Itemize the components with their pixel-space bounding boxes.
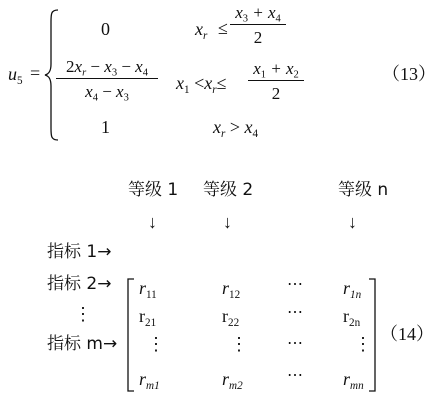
equation-number-13: （13）	[382, 65, 436, 83]
matrix-cell-hdots: ⋯	[287, 368, 303, 384]
column-label-1: 等级 1	[128, 182, 178, 199]
case2-condition-fraction: x1 + x2 2	[248, 60, 304, 102]
matrix-cell: r22	[222, 307, 239, 325]
matrix-cell: r1n	[343, 279, 361, 297]
fraction-numerator: x3 + x4	[230, 4, 286, 21]
column-label-2: 等级 2	[203, 182, 253, 199]
equation-number-14: （14）	[380, 325, 434, 343]
down-arrow-icon: ↓	[148, 213, 157, 231]
case2-value-fraction: 2xr − x3 − x4 x4 − x3	[56, 58, 158, 100]
matrix-cell: rmn	[343, 370, 364, 388]
matrix-cell: r12	[222, 279, 240, 297]
case2-condition: x1 <xr≤	[176, 74, 226, 92]
fraction-denominator: x4 − x3	[56, 83, 158, 100]
matrix-cell-vdots: ⋮	[354, 335, 372, 353]
fraction-denominator: 2	[248, 85, 304, 102]
matrix-cell-hdots: ⋯	[287, 305, 303, 321]
left-bracket-icon	[126, 278, 136, 392]
row-label-2: 指标 2→	[47, 276, 111, 293]
eq13-equals: =	[30, 64, 40, 82]
case1-value: 0	[101, 20, 110, 38]
matrix-cell-hdots: ⋯	[287, 336, 303, 352]
matrix-cell: rm1	[139, 370, 160, 388]
matrix-cell-vdots: ⋮	[230, 335, 248, 353]
matrix-cell: r2n	[343, 307, 360, 325]
fraction-denominator: 2	[230, 29, 286, 46]
eq13-lhs: u5	[8, 65, 23, 83]
matrix-cell-vdots: ⋮	[147, 335, 165, 353]
row-label-m: 指标 m→	[47, 336, 117, 353]
matrix-cell: r21	[139, 307, 156, 325]
case1-relation: ≤	[218, 19, 228, 37]
fraction-numerator: x1 + x2	[248, 60, 304, 77]
matrix-cell-hdots: ⋯	[287, 277, 303, 293]
case3-condition: xr > x4	[213, 118, 258, 136]
case1-condition-lhs: xr	[195, 20, 207, 38]
row-label-vdots: ⋮	[74, 305, 92, 323]
case3-value: 1	[101, 118, 110, 136]
down-arrow-icon: ↓	[348, 213, 357, 231]
down-arrow-icon: ↓	[223, 213, 232, 231]
matrix-cell: rm2	[222, 370, 243, 388]
column-label-n: 等级 n	[338, 182, 388, 199]
matrix-cell: r11	[139, 279, 157, 297]
row-label-1: 指标 1→	[47, 244, 111, 261]
fraction-numerator: 2xr − x3 − x4	[56, 58, 158, 75]
case1-condition-fraction: x3 + x4 2	[230, 4, 286, 46]
